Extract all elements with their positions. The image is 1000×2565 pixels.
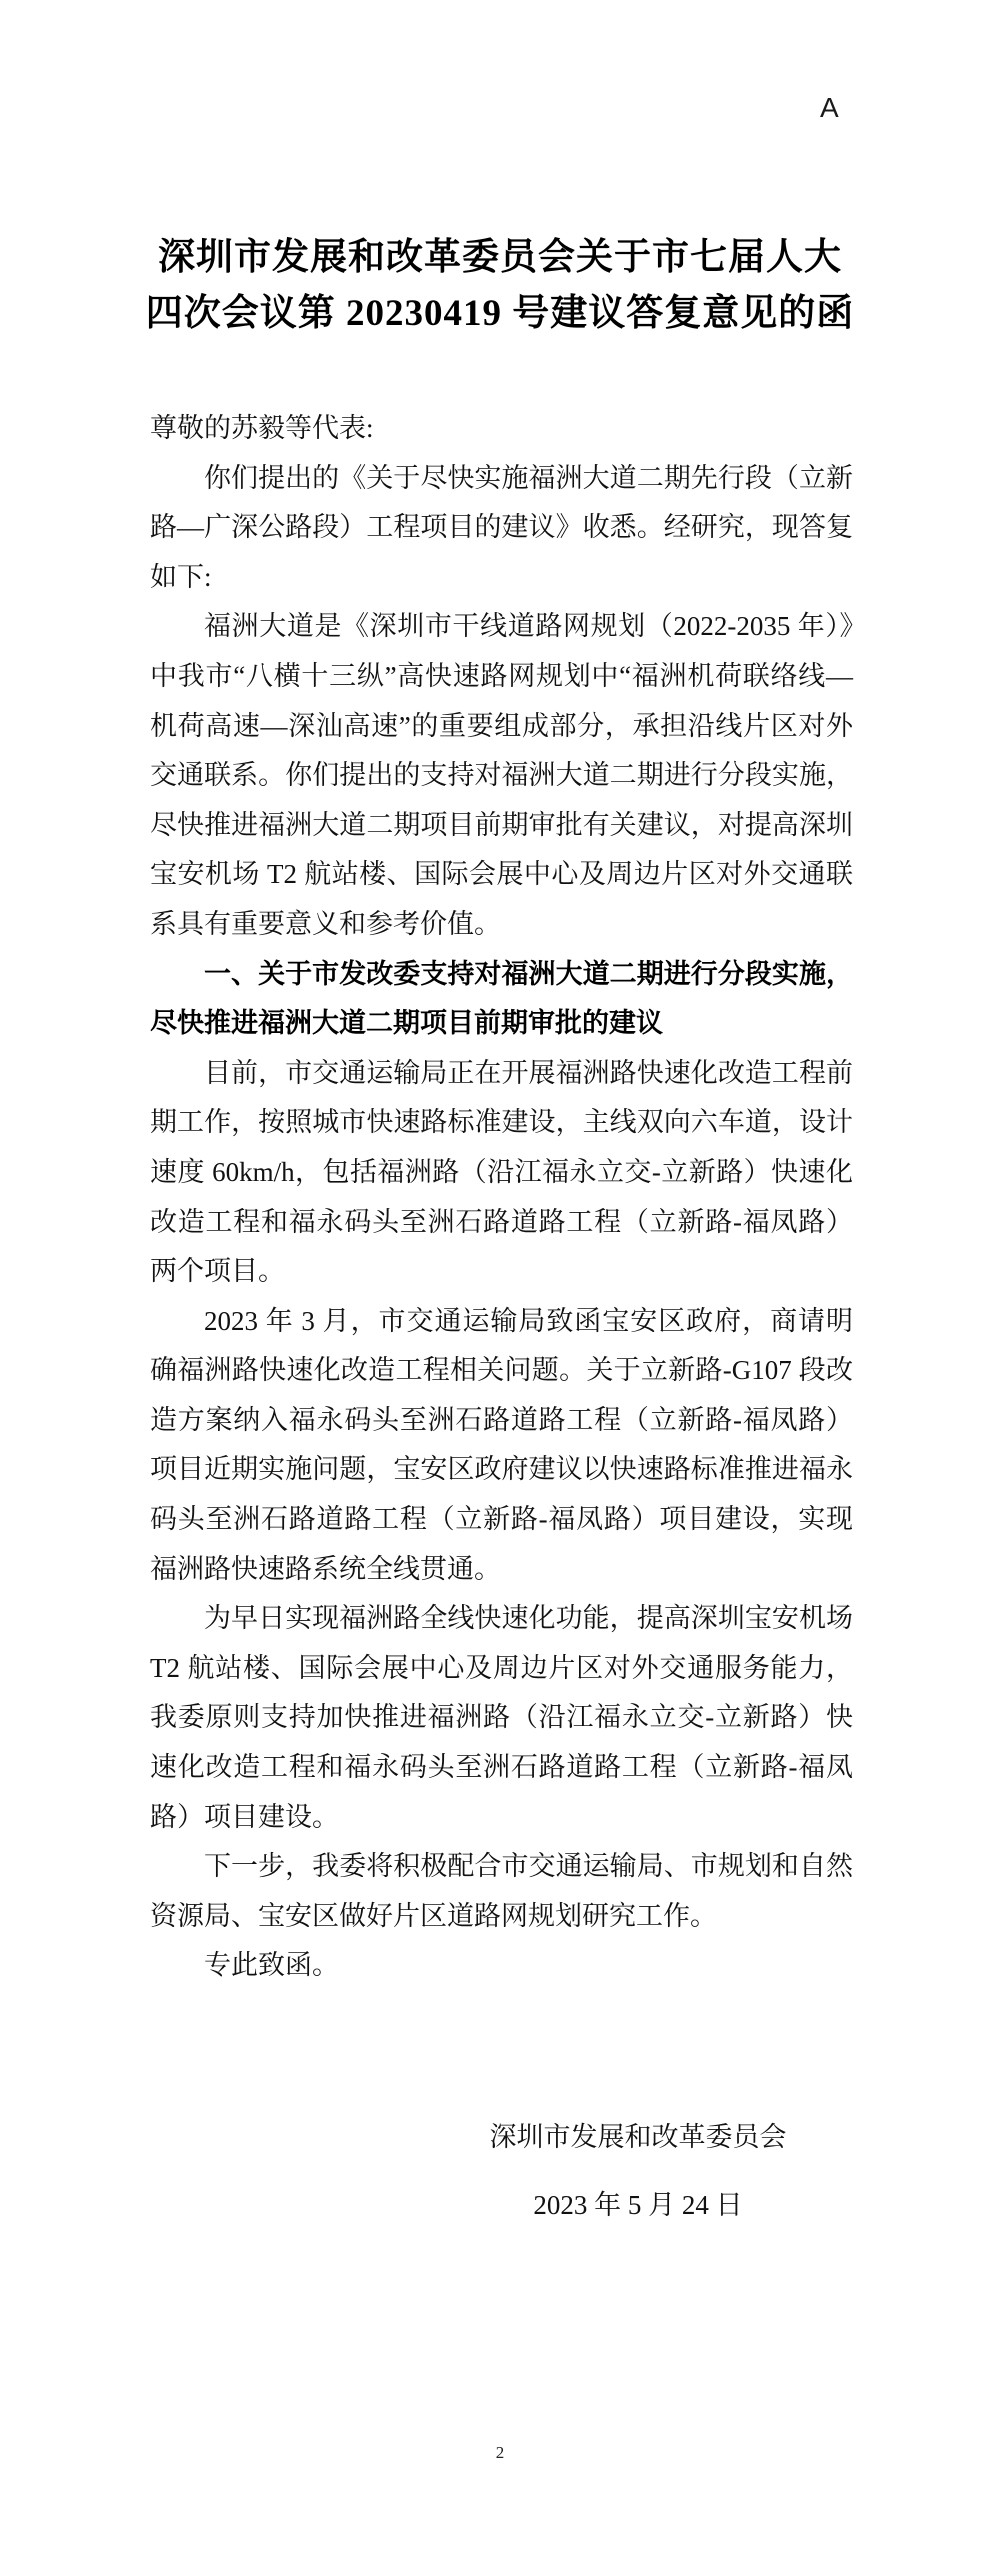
paragraph-intro-1: 你们提出的《关于尽快实施福洲大道二期先行段（立新路—广深公路段）工程项目的建议》… bbox=[150, 454, 853, 603]
title-line-2: 四次会议第 20230419 号建议答复意见的函 bbox=[140, 286, 860, 342]
signature-date: 2023 年 5 月 24 日 bbox=[488, 2180, 788, 2230]
letter-body: 尊敬的苏毅等代表: 你们提出的《关于尽快实施福洲大道二期先行段（立新路—广深公路… bbox=[150, 404, 853, 1991]
closing-phrase: 专此致函。 bbox=[150, 1941, 853, 1991]
document-page: A 深圳市发展和改革委员会关于市七届人大 四次会议第 20230419 号建议答… bbox=[0, 0, 1000, 2565]
paragraph-intro-2: 福洲大道是《深圳市干线道路网规划（2022-2035 年）》中我市“八横十三纵”… bbox=[150, 602, 853, 949]
greeting: 尊敬的苏毅等代表: bbox=[150, 404, 853, 454]
paragraph-body-2: 2023 年 3 月，市交通运输局致函宝安区政府，商请明确福洲路快速化改造工程相… bbox=[150, 1297, 853, 1595]
paragraph-body-4: 下一步，我委将积极配合市交通运输局、市规划和自然资源局、宝安区做好片区道路网规划… bbox=[150, 1842, 853, 1941]
document-title: 深圳市发展和改革委员会关于市七届人大 四次会议第 20230419 号建议答复意… bbox=[140, 0, 860, 342]
page-number: 2 bbox=[0, 2443, 1000, 2463]
signature-block: 深圳市发展和改革委员会 2023 年 5 月 24 日 bbox=[488, 2112, 788, 2230]
corner-label: A bbox=[820, 92, 839, 124]
title-line-1: 深圳市发展和改革委员会关于市七届人大 bbox=[140, 230, 860, 286]
section-heading: 一、关于市发改委支持对福洲大道二期进行分段实施，尽快推进福洲大道二期项目前期审批… bbox=[150, 950, 853, 1049]
paragraph-body-3: 为早日实现福洲路全线快速化功能，提高深圳宝安机场 T2 航站楼、国际会展中心及周… bbox=[150, 1594, 853, 1842]
signature-org: 深圳市发展和改革委员会 bbox=[488, 2112, 788, 2162]
paragraph-body-1: 目前，市交通运输局正在开展福洲路快速化改造工程前期工作，按照城市快速路标准建设，… bbox=[150, 1049, 853, 1297]
